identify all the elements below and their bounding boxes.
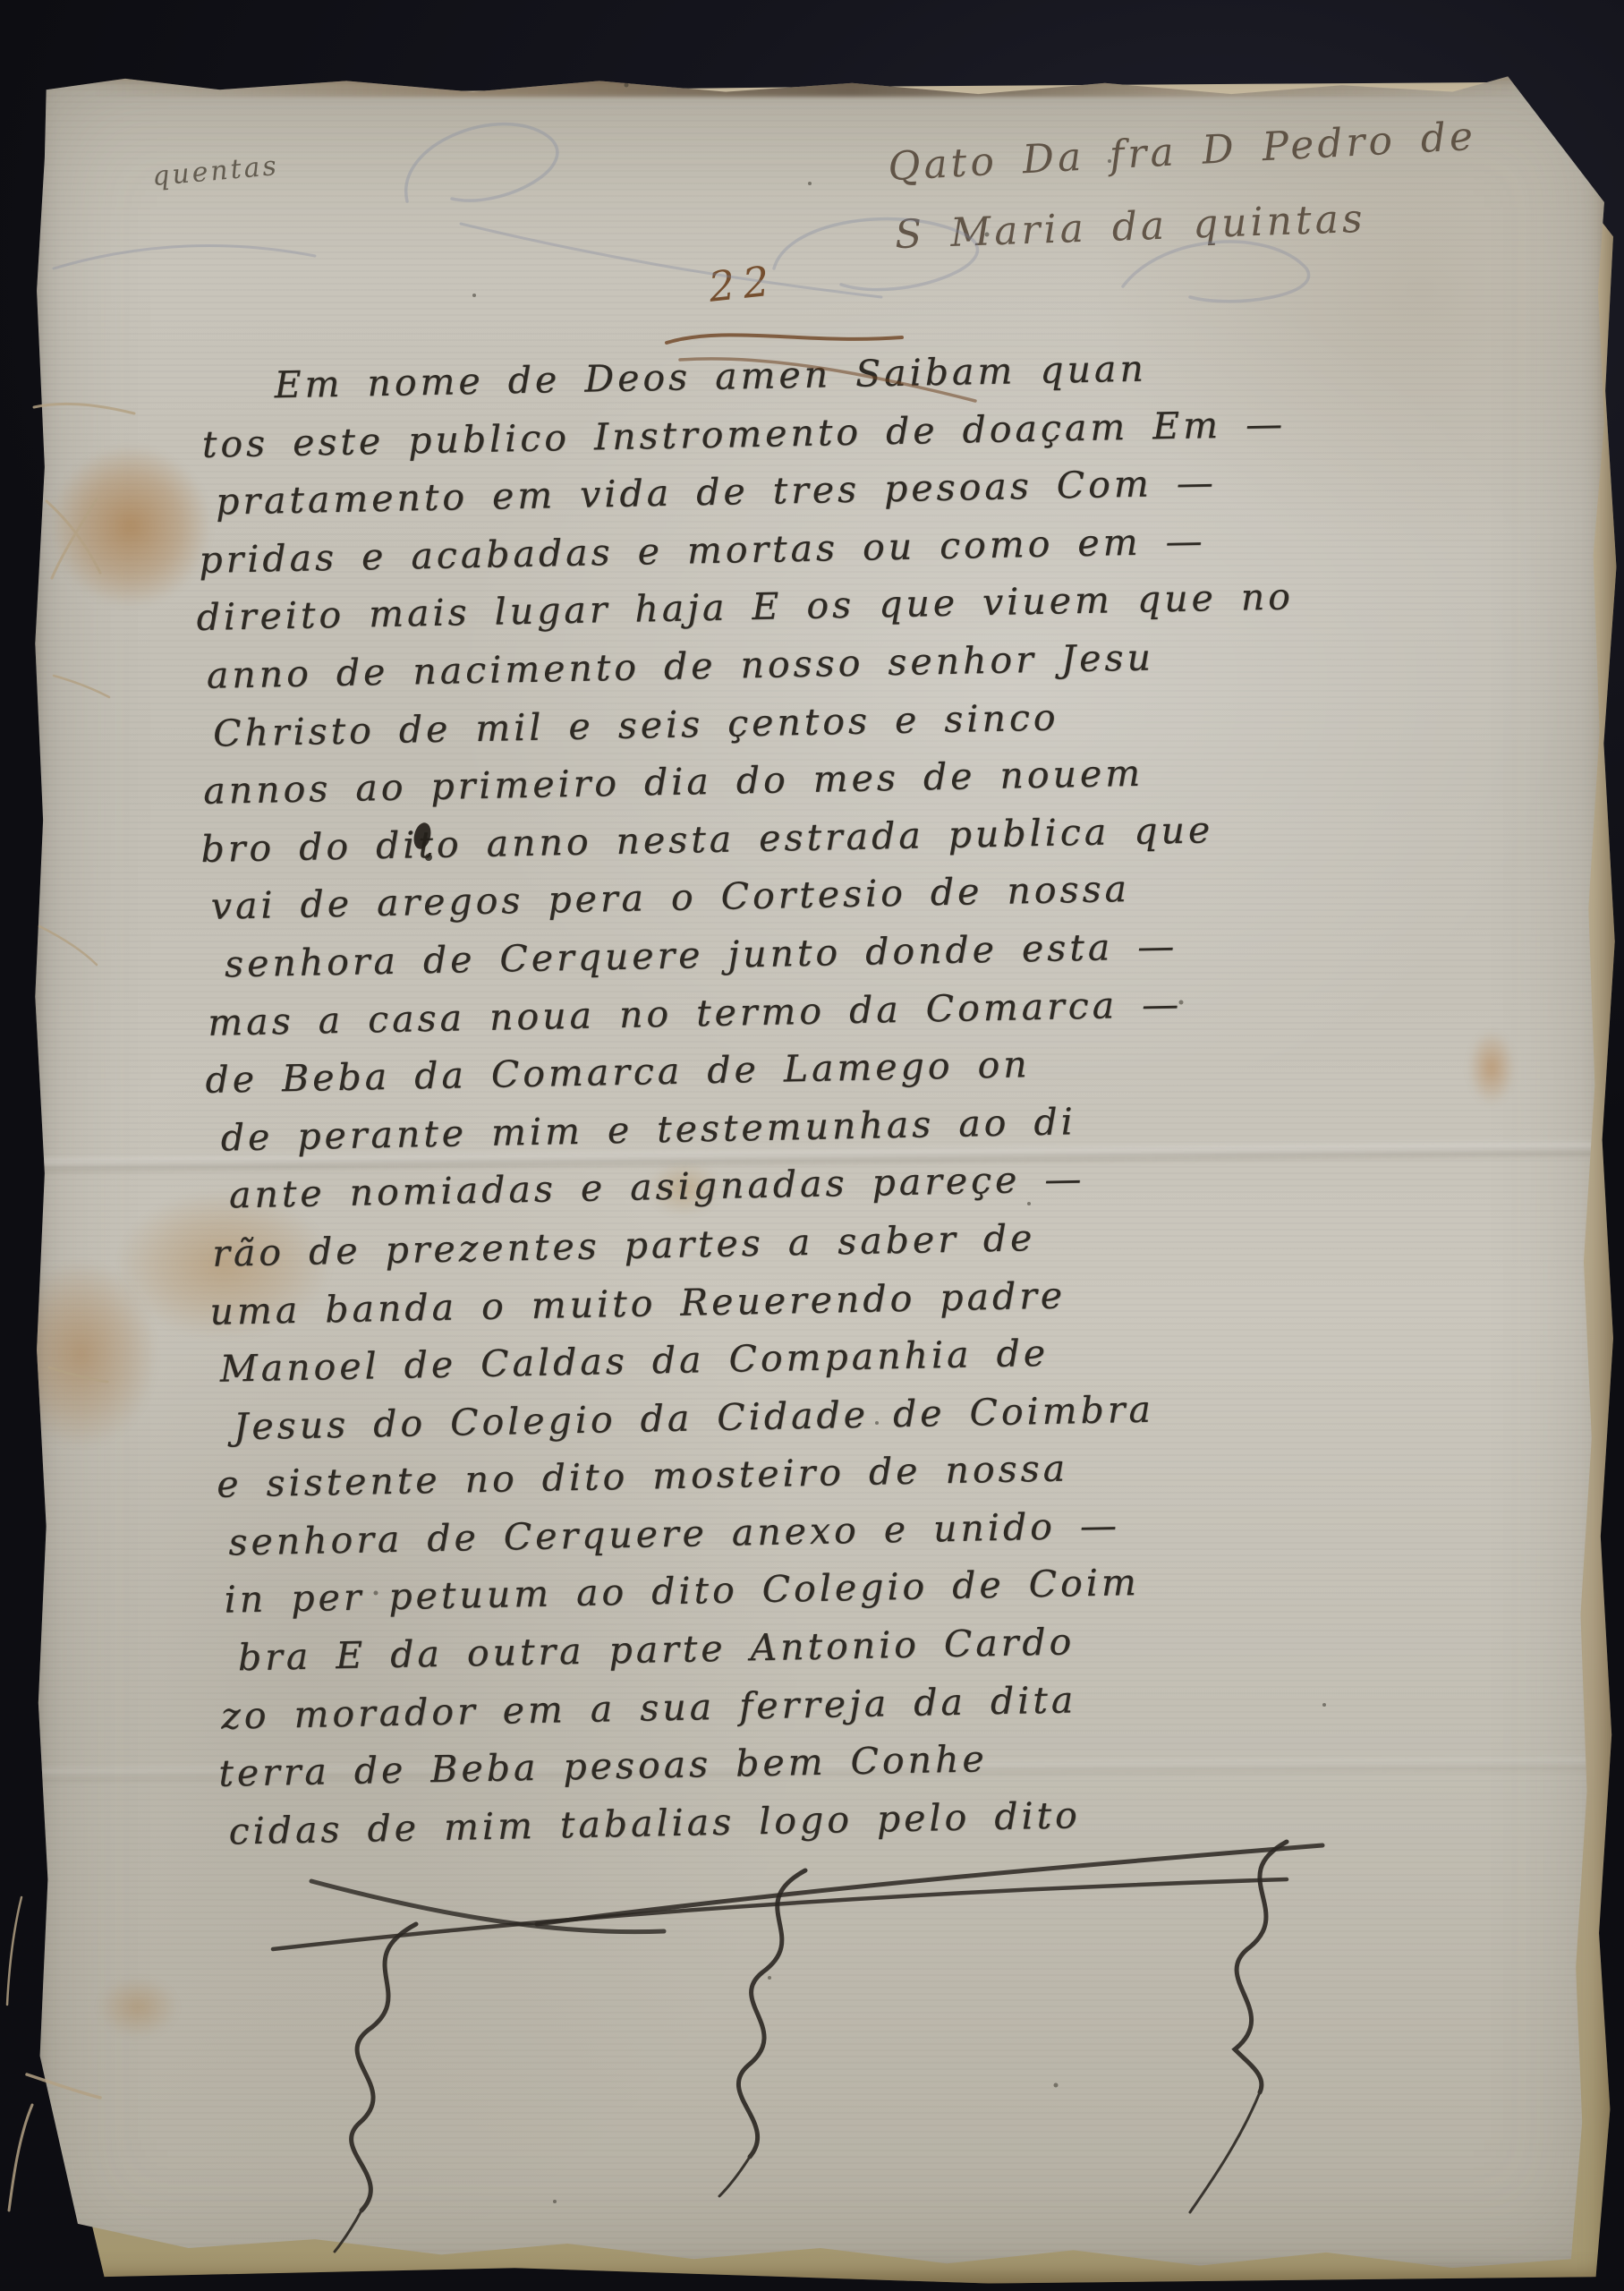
binding-thread	[7, 1897, 21, 2005]
archive-note-line2: S Maria da quintas	[894, 196, 1366, 258]
stain-left-upper	[50, 446, 211, 607]
stain-left-edge	[5, 1260, 157, 1448]
stain-left-lower	[84, 1967, 191, 2048]
binding-thread	[9, 2105, 32, 2210]
manuscript-page: quentas Qato Da fra D Pedro de S Maria d…	[30, 70, 1611, 2277]
folio-number: 22	[706, 256, 779, 311]
corner-note: quentas	[151, 150, 280, 192]
photo-backdrop: { "photo": { "background_color": "#14141…	[0, 0, 1624, 2291]
manuscript-text: Em nome de Deos amen Saibam quantos este…	[191, 334, 1500, 1861]
archive-note-line1: Qato Da fra D Pedro de	[887, 114, 1477, 190]
